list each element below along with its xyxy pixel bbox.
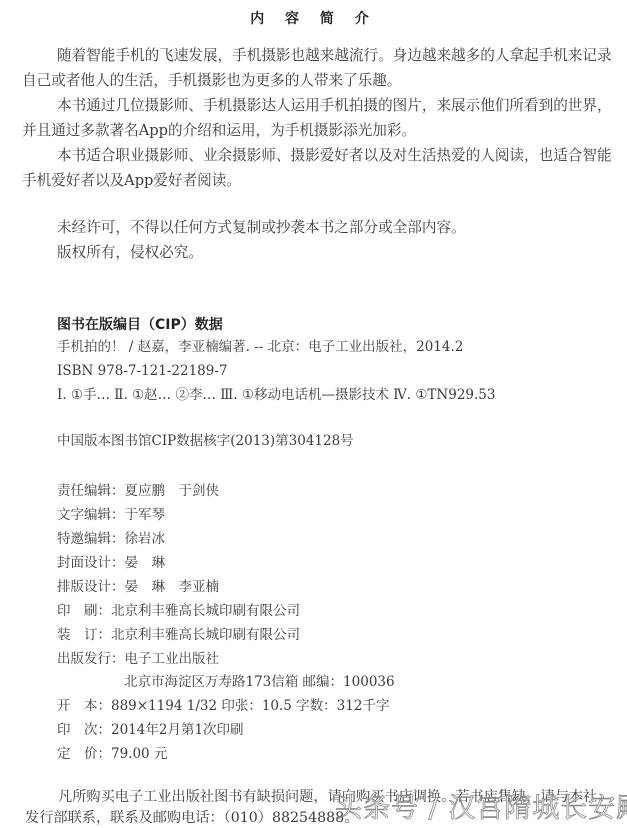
credit-value: 夏应鹏 于剑侠 <box>125 483 220 499</box>
footer-notice-line-2: 发行部联系，联系及邮购电话：（010）88254888。 <box>25 809 358 827</box>
credit-label: 文字编辑： <box>57 506 125 524</box>
book-copyright-page: 内 容 简 介 随着智能手机的飞速发展，手机摄影也越来越流行。身边越来越多的人拿… <box>0 0 627 828</box>
credit-label: 定 价： <box>57 745 111 763</box>
page-title: 内 容 简 介 <box>0 8 627 28</box>
intro-paragraph-3-line-2: 手机爱好者以及App爱好者阅读。 <box>22 172 241 190</box>
credit-label: 印 刷： <box>57 602 111 620</box>
credit-label: 封面设计： <box>57 554 125 572</box>
credit-value: 北京利丰雅高长城印刷有限公司 <box>111 603 300 619</box>
cip-title-line: 手机拍的！ / 赵嘉，李亚楠编著. -- 北京：电子工业出版社，2014.2 <box>57 338 463 356</box>
credit-label: 出版发行： <box>57 650 125 668</box>
credit-price: 定 价：79.00 元 <box>57 745 167 763</box>
credit-value: 2014年2月第1次印刷 <box>111 722 244 738</box>
credit-value: 电子工业出版社 <box>125 651 220 667</box>
credit-value: 于军琴 <box>125 507 166 523</box>
credit-cover-design: 封面设计：晏 琳 <box>57 554 165 572</box>
intro-paragraph-2-line-1: 本书通过几位摄影师、手机摄影达人运用手机拍摄的图片，来展示他们所看到的世界， <box>57 97 612 115</box>
credit-responsible-editor: 责任编辑：夏应鹏 于剑侠 <box>57 482 219 500</box>
cip-heading: 图书在版编目（CIP）数据 <box>57 314 223 334</box>
intro-paragraph-2-line-2: 并且通过多款著名App的介绍和运用，为手机摄影添光加彩。 <box>22 122 416 140</box>
credit-binding: 装 订：北京利丰雅高长城印刷有限公司 <box>57 626 300 644</box>
credit-label: 责任编辑： <box>57 482 125 500</box>
credit-text-editor: 文字编辑：于军琴 <box>57 506 165 524</box>
credit-publisher: 出版发行：电子工业出版社 <box>57 650 219 668</box>
watermark: 头条号 / 汉宫隋城长安殿 <box>335 786 627 825</box>
cip-isbn: ISBN 978-7-121-22189-7 <box>57 362 228 380</box>
credit-value: 晏 琳 李亚楠 <box>125 579 220 595</box>
credit-value: 79.00 元 <box>111 746 167 762</box>
credit-label: 排版设计： <box>57 578 125 596</box>
credit-label: 特邀编辑： <box>57 530 125 548</box>
intro-paragraph-1-line-1: 随着智能手机的飞速发展，手机摄影也越来越流行。身边越来越多的人拿起手机来记录 <box>57 47 612 65</box>
credit-printing: 印 刷：北京利丰雅高长城印刷有限公司 <box>57 602 300 620</box>
credit-label: 印 次： <box>57 721 111 739</box>
credit-label: 开 本： <box>57 697 111 715</box>
intro-paragraph-1-line-2: 自己或者他人的生活，手机摄影也为更多的人带来了乐趣。 <box>22 72 401 90</box>
credit-value: 889×1194 1/32 印张：10.5 字数：312千字 <box>111 698 389 714</box>
copyright-notice: 未经许可，不得以任何方式复制或抄袭本书之部分或全部内容。 <box>57 219 466 237</box>
credit-value: 北京利丰雅高长城印刷有限公司 <box>111 627 300 643</box>
credit-label: 装 订： <box>57 626 111 644</box>
publisher-address: 北京市海淀区万寿路173信箱 邮编：100036 <box>124 673 395 691</box>
credit-value: 晏 琳 <box>125 555 166 571</box>
credit-impression: 印 次：2014年2月第1次印刷 <box>57 721 244 739</box>
rights-reserved: 版权所有，侵权必究。 <box>57 244 203 262</box>
credit-guest-editor: 特邀编辑：徐岩冰 <box>57 530 165 548</box>
intro-paragraph-3-line-1: 本书适合职业摄影师、业余摄影师、摄影爱好者以及对生活热爱的人阅读，也适合智能 <box>57 147 612 165</box>
cip-record-number: 中国版本图书馆CIP数据核字(2013)第304128号 <box>57 432 354 450</box>
credit-layout-design: 排版设计：晏 琳 李亚楠 <box>57 578 219 596</box>
credit-value: 徐岩冰 <box>125 531 166 547</box>
credit-format: 开 本：889×1194 1/32 印张：10.5 字数：312千字 <box>57 697 389 715</box>
cip-classification: Ⅰ. ①手… Ⅱ. ①赵… ②李… Ⅲ. ①移动电话机—摄影技术 Ⅳ. ①TN9… <box>57 386 495 404</box>
